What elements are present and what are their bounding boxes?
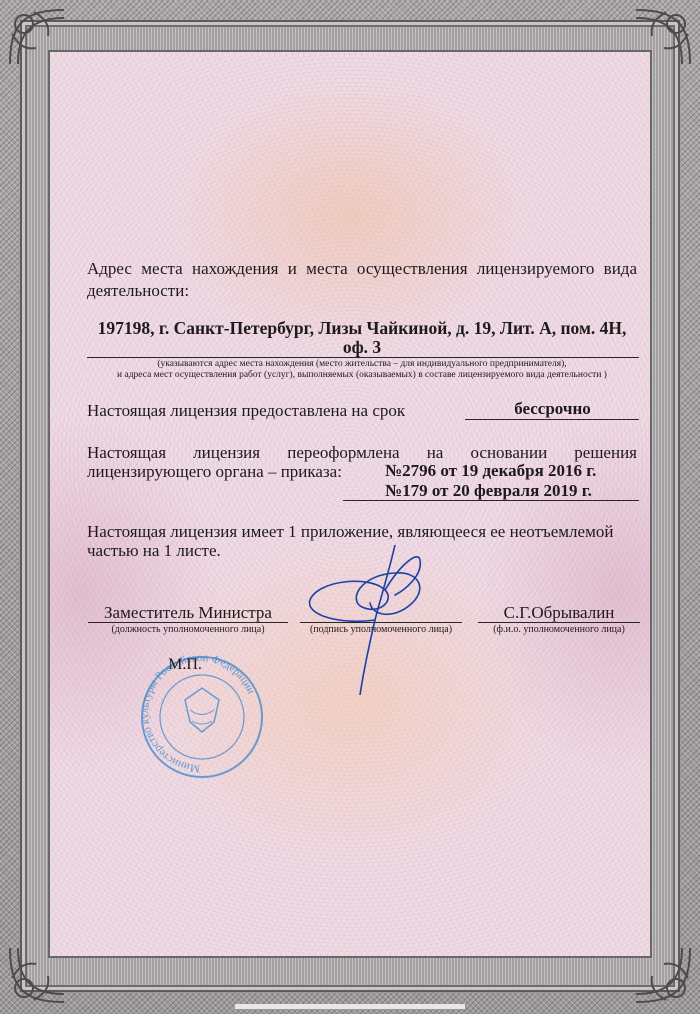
address-line-2: оф. 3 (87, 335, 637, 359)
orders-underline (343, 500, 639, 501)
footer-microprint (235, 1004, 465, 1009)
term-value: бессрочно (465, 398, 640, 420)
stamp-label: М.П. (165, 656, 205, 674)
address-note-line-2: и адреса мест осуществления работ (услуг… (87, 369, 637, 381)
handwritten-signature-icon (300, 545, 460, 695)
term-label: Настоящая лицензия предоставлена на срок (87, 400, 417, 422)
address-intro: Адрес места нахождения и места осуществл… (87, 259, 637, 300)
position-underline (88, 622, 288, 623)
position-caption: (должность уполномоченного лица) (88, 624, 288, 635)
term-underline (465, 419, 639, 420)
name-underline (478, 622, 640, 623)
order-2: №179 от 20 февраля 2019 г. (385, 480, 645, 502)
signatory-position: Заместитель Министра (88, 603, 288, 623)
reissue-line-2-label: лицензирующего органа – приказа: (87, 461, 357, 483)
document-content: Адрес места нахождения и места осуществл… (0, 0, 700, 1014)
name-caption: (ф.и.о. уполномоченного лица) (478, 624, 640, 635)
signatory-name: С.Г.Обрывалин (478, 603, 640, 623)
order-1: №2796 от 19 декабря 2016 г. (385, 460, 645, 482)
address-intro-line1: Адрес места нахождения и места осуществл… (87, 258, 637, 302)
